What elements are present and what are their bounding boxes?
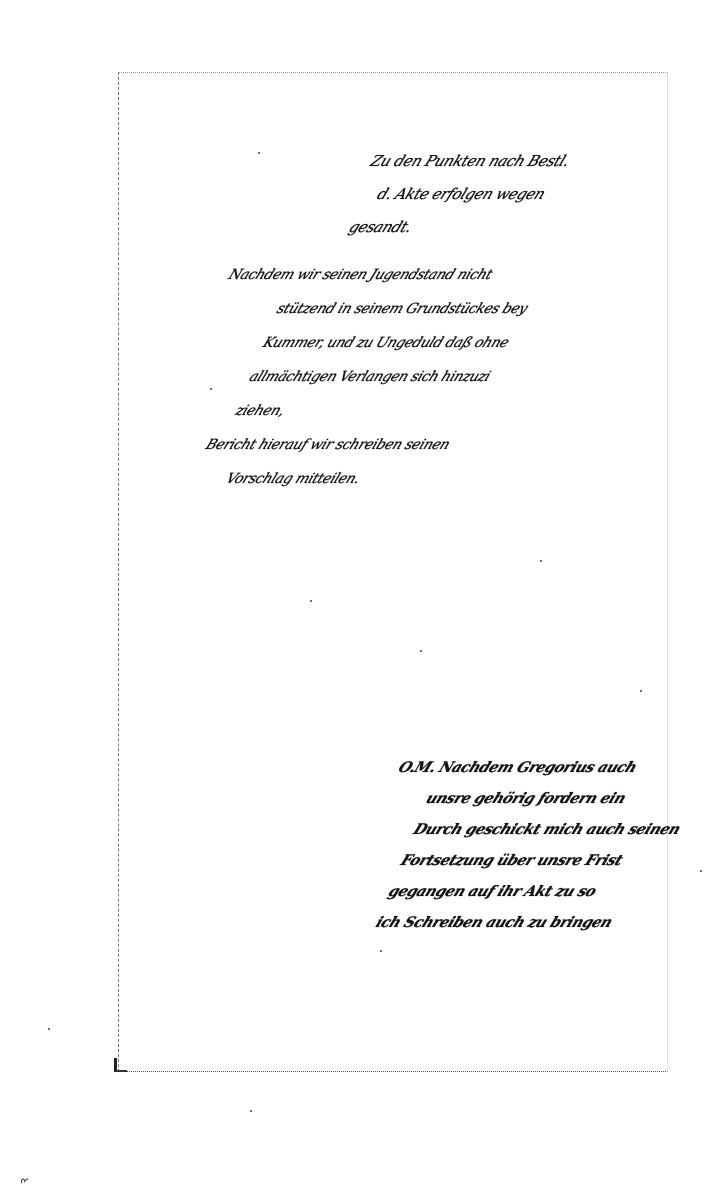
handwritten-line: gegangen auf ihr Akt zu so — [383, 876, 661, 907]
scan-speck — [380, 950, 382, 952]
handwritten-line: Zu den Punkten nach Bestl. — [365, 145, 576, 178]
handwritten-line: Nachdem wir seinen Jugendstand nicht — [222, 258, 547, 292]
handwritten-line: O.M. Nachdem Gregorius auch — [393, 752, 711, 783]
handwritten-line: Kummer, und zu Ungeduld daß ohne — [257, 326, 520, 360]
handwritten-line: d. Akte erfolgen wegen — [371, 178, 562, 211]
handwritten-line: ziehen, — [229, 394, 492, 428]
scan-speck — [310, 600, 312, 602]
page-corner-mark — [114, 1058, 127, 1072]
handwritten-line: Bericht hierauf wir schreiben seinen — [200, 428, 479, 462]
scan-speck — [640, 690, 642, 692]
handwritten-line: allmächtigen Verlangen sich hinzuzi — [243, 360, 506, 394]
handwritten-line: ich Schreiben auch zu bringen — [370, 907, 648, 938]
scan-speck — [420, 650, 422, 652]
margin-mark: ꝛ — [14, 1178, 32, 1184]
handwritten-line: Fortsetzung über unsre Frist — [395, 845, 673, 876]
handwritten-line: Vorschlag mitteilen. — [220, 462, 465, 496]
scan-speck — [540, 560, 542, 562]
handwritten-line: gesandt. — [343, 211, 549, 244]
scan-speck — [258, 152, 260, 154]
scan-speck — [210, 388, 212, 390]
scan-speck — [48, 1028, 50, 1030]
scan-speck — [250, 1110, 252, 1112]
scan-speck — [700, 870, 702, 872]
handwritten-note-top: Zu den Punkten nach Bestl. d. Akte erfol… — [338, 145, 575, 244]
handwritten-line: unsre gehörig fordern ein — [421, 783, 699, 814]
handwritten-line: stützend in seinem Grundstückes bey — [271, 292, 534, 326]
handwritten-line: Durch geschickt mich auch seinen — [408, 814, 686, 845]
